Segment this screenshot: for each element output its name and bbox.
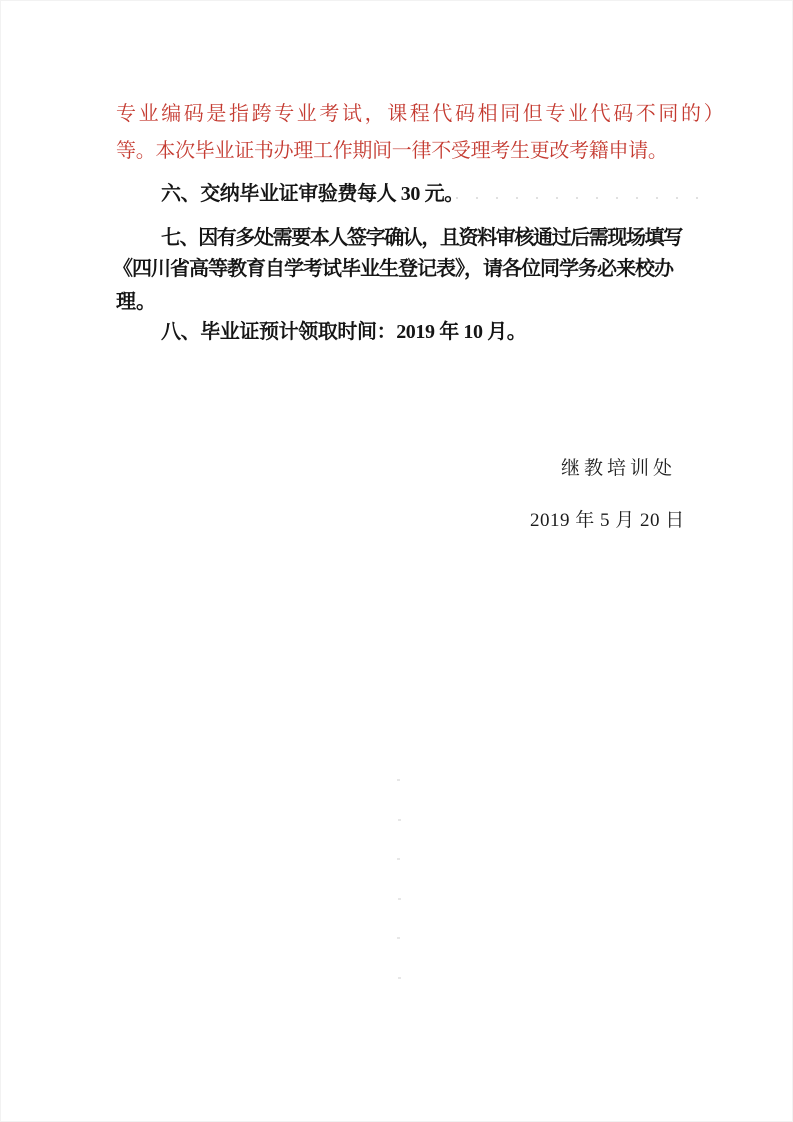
item-6-fee-notice: 六、交纳毕业证审验费每人 30 元。 bbox=[161, 184, 464, 204]
item-8-pickup-date: 八、毕业证预计领取时间：2019 年 10 月。 bbox=[161, 322, 526, 342]
scan-artifact-dot bbox=[398, 898, 401, 900]
item-7-line-1: 七、因有多处需要本人签字确认，且资料审核通过后需现场填写 bbox=[161, 228, 682, 248]
signature-department: 继教培训处 bbox=[561, 459, 676, 478]
scan-artifact-dot bbox=[398, 819, 401, 821]
scan-artifact-dot bbox=[398, 977, 401, 979]
red-note-line-1: 专业编码是指跨专业考试，课程代码相同但专业代码不同的） bbox=[116, 104, 726, 124]
red-note-line-2: 等。本次毕业证书办理工作期间一律不受理考生更改考籍申请。 bbox=[116, 141, 668, 161]
document-page: 专业编码是指跨专业考试，课程代码相同但专业代码不同的） 等。本次毕业证书办理工作… bbox=[0, 0, 793, 1122]
signature-date: 2019 年 5 月 20 日 bbox=[530, 511, 685, 530]
scan-artifact-dotted-line bbox=[456, 197, 698, 199]
item-7-line-3: 理。 bbox=[116, 292, 156, 312]
scan-artifact-dot bbox=[397, 779, 400, 781]
scan-artifact-dot bbox=[397, 858, 400, 860]
scan-artifact-dot bbox=[397, 937, 400, 939]
item-7-line-2: 《四川省高等教育自学考试毕业生登记表》，请各位同学务必来校办 bbox=[113, 259, 673, 279]
